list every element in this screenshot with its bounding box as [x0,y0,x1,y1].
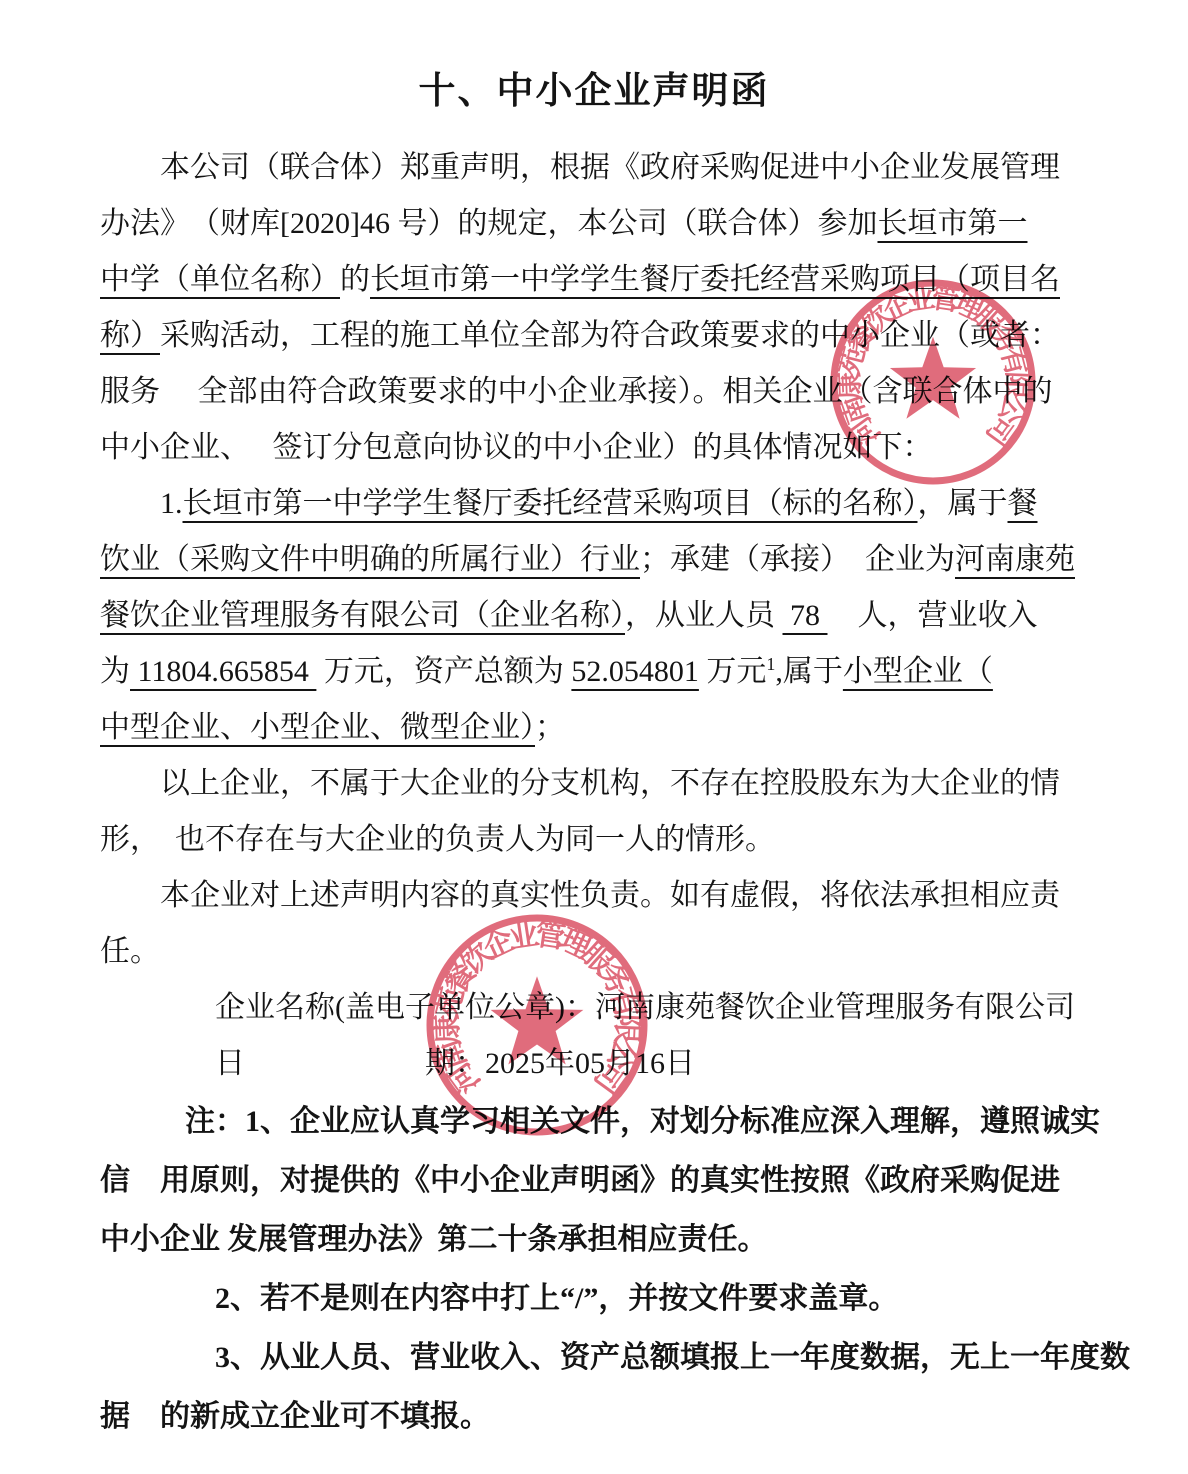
text-line: 形， 也不存在与大企业的负责人为同一人的情形。 [100,812,1100,868]
text-segment: 本企业对上述声明内容的真实性负责。如有虚假，将依法承担相应责 [160,879,1060,912]
text-segment: 餐 [1008,487,1038,520]
text-line: 办法》 （财库[2020]46 号）的规定，本公司（联合体）参加长垣市第一 [100,196,1100,252]
text-segment: 以上企业，不属于大企业的分支机构，不存在控股股东为大企业的情 [160,767,1060,800]
text-segment: ； [535,711,565,744]
text-line: 1.长垣市第一中学学生餐厅委托经营采购项目（标的名称），属于餐 [100,476,1100,532]
text-segment: ，从业人员 [625,599,783,632]
text-line: 本公司（联合体）郑重声明，根据《政府采购促进中小企业发展管理 [100,140,1100,196]
text-segment: ；承建（承接） 企业为 [640,543,955,576]
text-line: 餐饮企业管理服务有限公司（企业名称），从业人员 78 人，营业收入 [100,588,1100,644]
text-line: 中型企业、小型企业、微型企业）； [100,700,1100,756]
text-segment: 万元 [699,655,767,688]
text-line: 信 用原则，对提供的《中小企业声明函》的真实性按照《政府采购促进 [100,1151,1100,1210]
text-segment: 长垣市第一中学学生餐厅委托经营采购项目（标的名称） [183,487,918,520]
document-page: 十、中小企业声明函 本公司（联合体）郑重声明，根据《政府采购促进中小企业发展管理… [0,0,1188,1474]
text-segment: 万元，资产总额为 [316,655,571,688]
text-segment: 任。 [100,935,160,968]
text-segment: 饮业（采购文件中明确的所属行业）行业 [100,543,640,576]
text-line: 注：1、企业应认真学习相关文件，对划分标准应深入理解，遵照诚实 [100,1092,1100,1151]
text-segment: ，属于 [918,487,1008,520]
text-segment: 企业名称(盖电子单位公章)：河南康苑餐饮企业管理服务有限公司 [215,991,1075,1024]
text-segment: 信 用原则，对提供的《中小企业声明函》的真实性按照《政府采购促进 [100,1164,1060,1197]
text-segment: 的 [340,263,370,296]
text-segment: 河南康苑 [955,543,1075,576]
text-segment: 服务 全部由符合政策要求的中小企业承接）。相关企业（含联合体中的 [100,375,1053,408]
text-line: 中学（单位名称）的长垣市第一中学学生餐厅委托经营采购项目（项目名 [100,252,1100,308]
text-segment: 中小企业、 签订分包意向协议的中小企业）的具体情况如下： [100,431,933,464]
text-line: 为 11804.665854 万元，资产总额为 52.054801 万元1,属于… [100,644,1100,700]
text-segment: 办法》 （财库[2020]46 号）的规定，本公司（联合体）参加 [100,207,877,240]
text-line: 日 期：2025年05月16日 [100,1036,1100,1092]
text-segment: 1. [160,487,183,520]
text-segment: 3、从业人员、营业收入、资产总额填报上一年度数据，无上一年度数 [215,1341,1130,1374]
text-segment: 78 [783,599,828,632]
text-segment: 中型企业、小型企业、微型企业） [100,711,535,744]
text-line: 饮业（采购文件中明确的所属行业）行业；承建（承接） 企业为河南康苑 [100,532,1100,588]
text-segment: 形， 也不存在与大企业的负责人为同一人的情形。 [100,823,775,856]
text-segment: 2、若不是则在内容中打上“/”，并按文件要求盖章。 [215,1282,898,1315]
text-segment: 52.054801 [571,655,699,688]
text-line: 企业名称(盖电子单位公章)：河南康苑餐饮企业管理服务有限公司 [100,980,1100,1036]
text-segment: 11804.665854 [130,655,316,688]
text-line: 2、若不是则在内容中打上“/”，并按文件要求盖章。 [100,1269,1100,1328]
text-line: 中小企业 发展管理办法》第二十条承担相应责任。 [100,1210,1100,1269]
text-line: 以上企业，不属于大企业的分支机构，不存在控股股东为大企业的情 [100,756,1100,812]
document-title: 十、中小企业声明函 [0,60,1188,114]
text-segment: 长垣市第一中学学生餐厅委托经营采购项目（项目名 [370,263,1060,296]
document-body: 本公司（联合体）郑重声明，根据《政府采购促进中小企业发展管理办法》 （财库[20… [100,140,1100,1446]
text-segment: 人，营业收入 [828,599,1038,632]
text-segment: 本公司（联合体）郑重声明，根据《政府采购促进中小企业发展管理 [160,151,1060,184]
text-segment: 长垣市第一 [877,207,1027,240]
text-segment: 为 [100,655,130,688]
text-segment: 据 的新成立企业可不填报。 [100,1400,490,1433]
text-segment: 小型企业（ [843,655,993,688]
text-segment: 注：1、企业应认真学习相关文件，对划分标准应深入理解，遵照诚实 [185,1105,1100,1138]
text-line: 任。 [100,924,1100,980]
text-segment: 中小企业 发展管理办法》第二十条承担相应责任。 [100,1223,768,1256]
text-line: 称）采购活动，工程的施工单位全部为符合政策要求的中小企业（或者： [100,308,1100,364]
text-segment: ,属于 [775,655,843,688]
text-segment: 中学（单位名称） [100,263,340,296]
text-line: 3、从业人员、营业收入、资产总额填报上一年度数据，无上一年度数 [100,1328,1100,1387]
text-segment: 采购活动，工程的施工单位全部为符合政策要求的中小企业（或者： [160,319,1060,352]
text-segment: 餐饮企业管理服务有限公司（企业名称） [100,599,625,632]
text-line: 服务 全部由符合政策要求的中小企业承接）。相关企业（含联合体中的 [100,364,1100,420]
text-line: 据 的新成立企业可不填报。 [100,1387,1100,1446]
text-segment: 日 期：2025年05月16日 [215,1047,695,1080]
text-line: 本企业对上述声明内容的真实性负责。如有虚假，将依法承担相应责 [100,868,1100,924]
text-line: 中小企业、 签订分包意向协议的中小企业）的具体情况如下： [100,420,1100,476]
text-segment: 称） [100,319,160,352]
